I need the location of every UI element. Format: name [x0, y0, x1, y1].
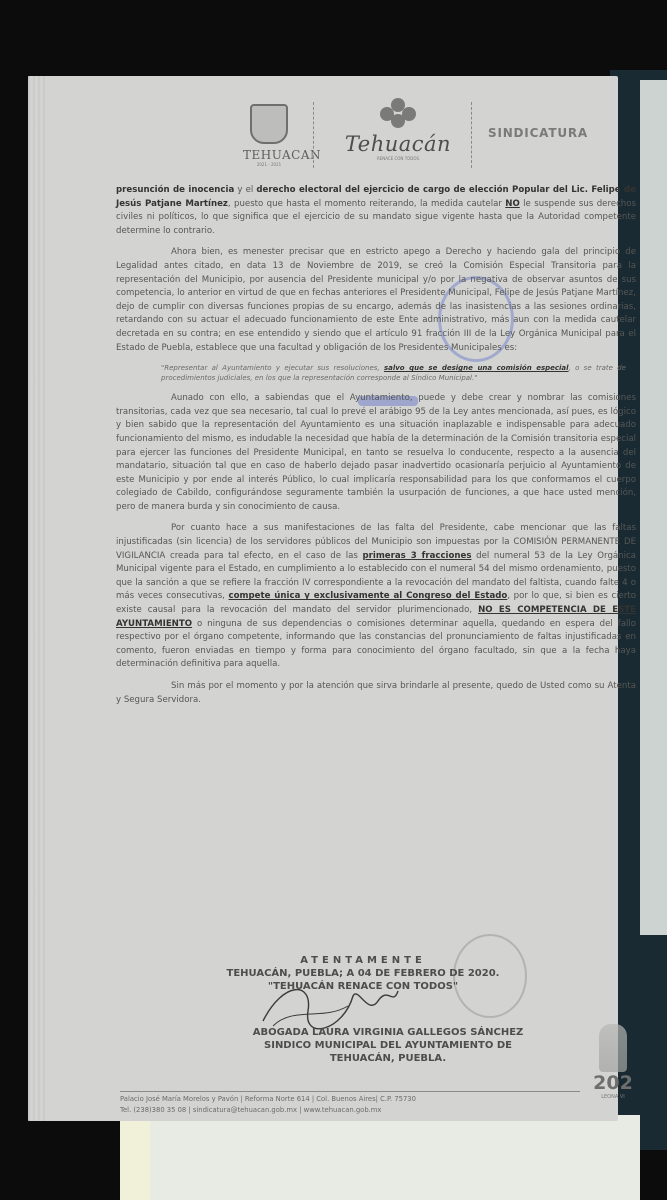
logo-script: Tehuacán	[333, 132, 463, 156]
coat-of-arms-icon	[250, 104, 288, 144]
badge-label: LEONA VI	[593, 1094, 633, 1100]
salutation: ATENTAMENTE	[188, 954, 538, 967]
legal-quote: "Representar al Ayuntamiento y ejecutar …	[161, 363, 626, 383]
paragraph-4: Por cuanto hace a sus manifestaciones de…	[116, 522, 636, 672]
paragraph-3: Aunado con ello, a sabiendas que el Ayun…	[116, 392, 636, 514]
crest-name: TEHUACAN	[243, 148, 295, 162]
underlying-paper	[120, 1115, 640, 1200]
paragraph-1: presunción de inocencia y el derecho ele…	[116, 184, 636, 238]
adjacent-page	[640, 80, 667, 935]
badge-year: 202	[593, 1072, 633, 1094]
year-badge: 202 LEONA VI	[593, 1024, 633, 1124]
text: y el	[234, 185, 256, 195]
text: , puesto que hasta el momento reiterando…	[228, 199, 505, 209]
tehuacan-logo: Tehuacán RENACE CON TODOS	[333, 98, 463, 178]
signer-title: SINDICO MUNICIPAL DEL AYUNTAMIENTO DE	[218, 1039, 558, 1052]
letter-body: presunción de inocencia y el derecho ele…	[116, 184, 636, 715]
bold-text: presunción de inocencia	[116, 185, 234, 195]
divider	[313, 102, 314, 168]
letterhead: TEHUACAN 2021 - 2021 Tehuacán RENACE CON…	[233, 94, 623, 182]
paragraph-2: Ahora bien, es menester precisar que en …	[116, 246, 636, 355]
signer-place: TEHUACÁN, PUEBLA.	[218, 1052, 558, 1065]
signer-block: ABOGADA LAURA VIRGINIA GALLEGOS SÁNCHEZ …	[218, 1026, 558, 1065]
municipal-crest: TEHUACAN 2021 - 2021	[243, 104, 295, 162]
divider	[471, 102, 472, 168]
flower-logo-icon	[380, 98, 416, 128]
portrait-icon	[599, 1024, 627, 1072]
footer-address: Palacio José María Morelos y Pavón | Ref…	[120, 1094, 416, 1105]
bold-underlined-text: NO	[505, 199, 520, 209]
bold-underlined-text: salvo que se designe una comisión especi…	[384, 364, 569, 372]
paragraph-5: Sin más por el momento y por la atención…	[116, 680, 636, 707]
bold-underlined-text: primeras 3 fracciones	[363, 551, 472, 561]
bold-underlined-text: compete única y exclusivamente al Congre…	[229, 591, 508, 601]
footer-contact: Tel. (238)380 35 08 | sindicatura@tehuac…	[120, 1105, 416, 1116]
footer-divider	[120, 1091, 580, 1092]
department-name: SINDICATURA	[488, 126, 588, 140]
text: o ninguna de sus dependencias o comision…	[116, 619, 636, 670]
document-page: TEHUACAN 2021 - 2021 Tehuacán RENACE CON…	[28, 76, 618, 1121]
signer-name: ABOGADA LAURA VIRGINIA GALLEGOS SÁNCHEZ	[218, 1026, 558, 1039]
footer: Palacio José María Morelos y Pavón | Ref…	[120, 1094, 416, 1116]
text: "Representar al Ayuntamiento y ejecutar …	[161, 364, 384, 372]
crest-sub: 2021 - 2021	[243, 162, 295, 167]
logo-tagline: RENACE CON TODOS	[333, 156, 463, 161]
